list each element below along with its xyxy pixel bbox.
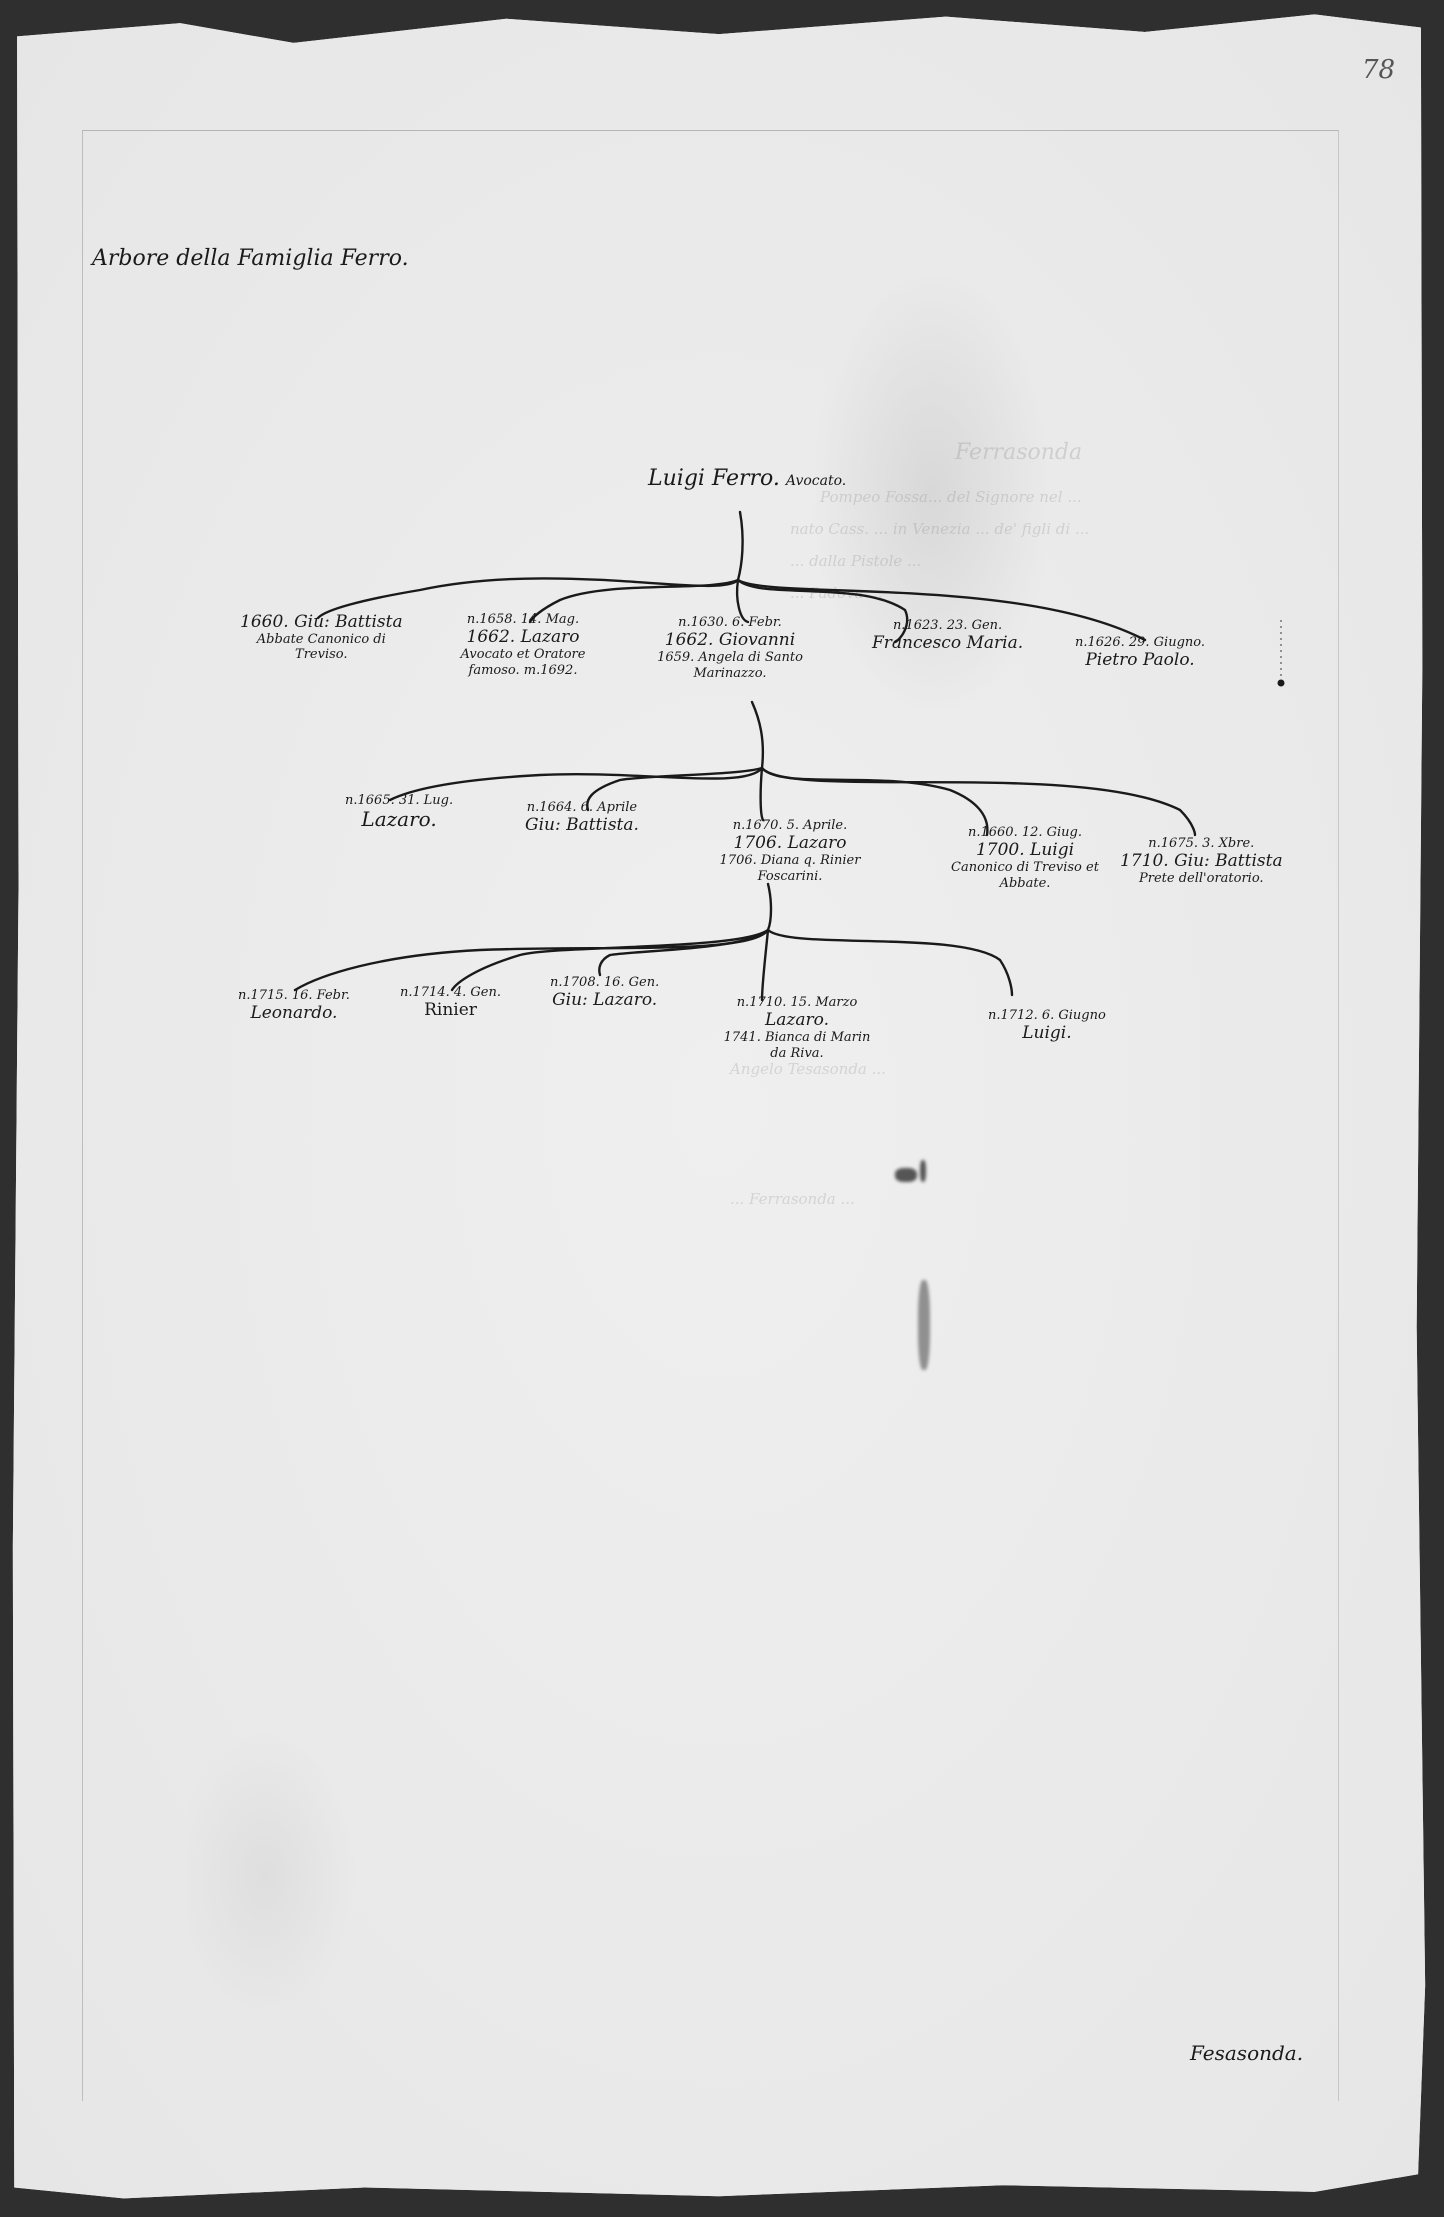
node-name: Luigi. <box>988 1023 1106 1043</box>
ink-smudge <box>895 1168 917 1182</box>
tree-node-gen2: n.1665. 31. Lug. Lazaro. <box>345 793 453 832</box>
tree-node-gen1: n.1630. 6. Febr. 1662. Giovanni 1659. An… <box>645 615 815 681</box>
node-date: n.1715. 16. Febr. <box>238 988 350 1003</box>
node-name: Lazaro. <box>345 808 453 832</box>
tree-node-gen1: n.1623. 23. Gen. Francesco Maria. <box>872 618 1023 653</box>
tree-node-gen2: n.1675. 3. Xbre. 1710. Giu: Battista Pre… <box>1120 836 1283 887</box>
tree-node-gen3: n.1714. 4. Gen. Rinier <box>400 985 501 1020</box>
node-date: n.1714. 4. Gen. <box>400 985 501 1000</box>
ink-smudge <box>920 1160 926 1182</box>
node-note: 1706. Diana q. Rinier Foscarini. <box>695 853 885 884</box>
node-date: n.1623. 23. Gen. <box>872 618 1023 633</box>
node-name: 1660. Giu: Battista <box>240 612 403 632</box>
tree-node-gen1: n.1626. 29. Giugno. Pietro Paolo. <box>1075 635 1205 670</box>
node-name: Pietro Paolo. <box>1075 650 1205 670</box>
tree-node-gen1: n.1658. 14. Mag. 1662. Lazaro Avocato et… <box>448 612 598 678</box>
node-name: 1706. Lazaro <box>695 833 885 853</box>
document-title: Arbore della Famiglia Ferro. <box>92 246 409 271</box>
tree-root: Luigi Ferro.Avocato. <box>648 466 846 491</box>
tree-node-gen3: n.1710. 15. Marzo Lazaro. 1741. Bianca d… <box>722 995 872 1061</box>
node-date: n.1665. 31. Lug. <box>345 793 453 808</box>
node-note: Prete dell'oratorio. <box>1120 871 1283 886</box>
tree-node-gen2: n.1664. 6. Aprile Giu: Battista. <box>525 800 639 835</box>
node-date: n.1675. 3. Xbre. <box>1120 836 1283 851</box>
node-name: Rinier <box>400 1000 501 1020</box>
node-name: Lazaro. <box>722 1010 872 1030</box>
node-name: 1700. Luigi <box>945 840 1105 860</box>
node-date: n.1670. 5. Aprile. <box>695 818 885 833</box>
node-note: Canonico di Treviso et Abbate. <box>945 860 1105 891</box>
tree-node-gen2: n.1670. 5. Aprile. 1706. Lazaro 1706. Di… <box>695 818 885 884</box>
node-name: Giu: Battista. <box>525 815 639 835</box>
signature: Fesasonda. <box>1190 2042 1303 2065</box>
root-name: Luigi Ferro. <box>648 466 780 491</box>
node-name: Leonardo. <box>238 1003 350 1023</box>
tree-node-gen3: n.1708. 16. Gen. Giu: Lazaro. <box>550 975 659 1010</box>
node-name: 1710. Giu: Battista <box>1120 851 1283 871</box>
node-date: n.1626. 29. Giugno. <box>1075 635 1205 650</box>
ink-smudge <box>918 1280 930 1370</box>
tree-node-gen3: n.1715. 16. Febr. Leonardo. <box>238 988 350 1023</box>
folio-number: 78 <box>1362 56 1395 86</box>
node-note: Abbate Canonico di Treviso. <box>241 632 401 663</box>
tree-node-gen3: n.1712. 6. Giugno Luigi. <box>988 1008 1106 1043</box>
node-note: 1741. Bianca di Marin da Riva. <box>722 1030 872 1061</box>
node-note: 1659. Angela di Santo Marinazzo. <box>645 650 815 681</box>
family-tree-lines <box>0 0 1444 2217</box>
tree-node-gen2: n.1660. 12. Giug. 1700. Luigi Canonico d… <box>945 825 1105 891</box>
node-name: 1662. Giovanni <box>645 630 815 650</box>
node-date: n.1708. 16. Gen. <box>550 975 659 990</box>
node-date: n.1712. 6. Giugno <box>988 1008 1106 1023</box>
node-name: 1662. Lazaro <box>448 627 598 647</box>
node-name: Giu: Lazaro. <box>550 990 659 1010</box>
tree-node-gen1: 1660. Giu: Battista Abbate Canonico di T… <box>240 612 403 663</box>
node-note: Avocato et Oratore famoso. m.1692. <box>448 647 598 678</box>
root-role: Avocato. <box>786 473 846 489</box>
node-date: n.1660. 12. Giug. <box>945 825 1105 840</box>
node-name: Francesco Maria. <box>872 633 1023 653</box>
node-date: n.1658. 14. Mag. <box>448 612 598 627</box>
node-date: n.1630. 6. Febr. <box>645 615 815 630</box>
node-date: n.1710. 15. Marzo <box>722 995 872 1010</box>
node-date: n.1664. 6. Aprile <box>525 800 639 815</box>
